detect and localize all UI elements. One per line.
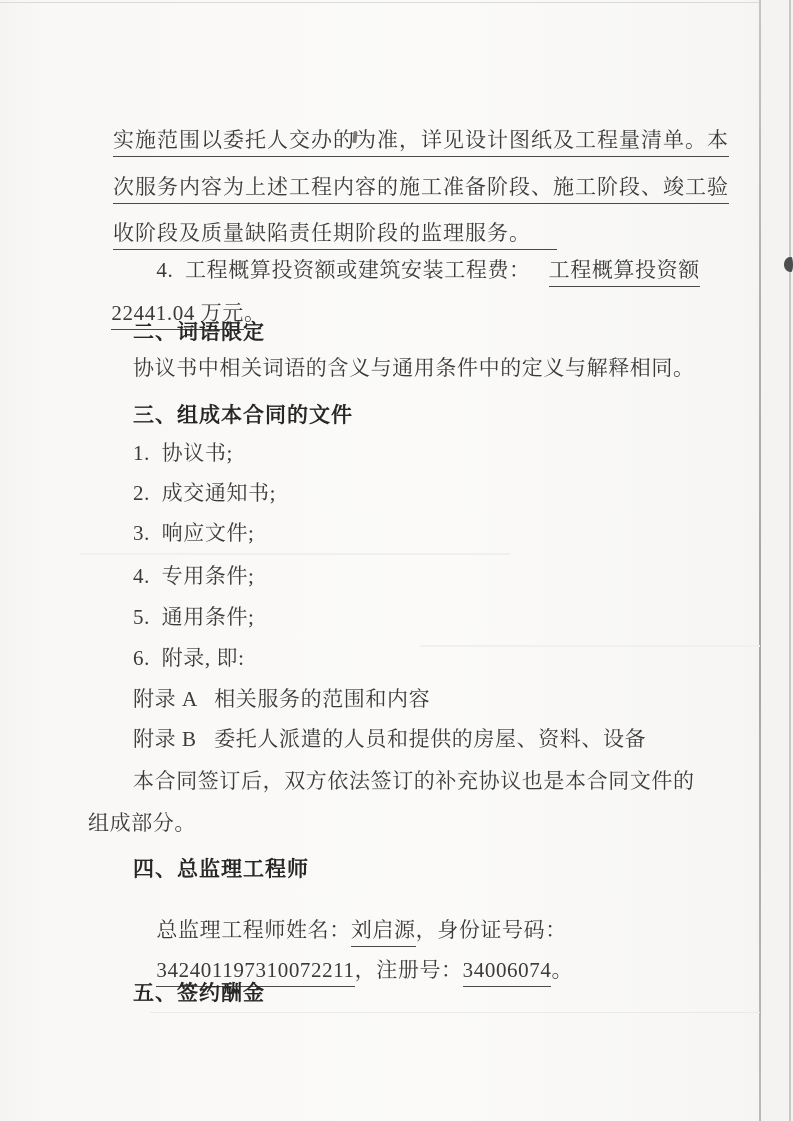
scanned-contract-page: 实施范围以委托人交办的为准，详见设计图纸及工程量清单。本 次服务内容为上述工程内… [0,0,793,1121]
scan-top-edge-line [0,2,793,3]
document-list-item-2: 2. 成交通知书; [133,481,276,506]
document-list-item-1: 1. 协议书; [133,441,233,466]
section3-heading: 三、组成本合同的文件 [133,403,353,428]
document-list-item-3: 3. 响应文件; [133,521,254,546]
appendix-b-line: 附录 B 委托人派遣的人员和提供的房屋、资料、设备 [133,727,646,752]
page-fold-line [759,0,761,1121]
scan-smudge [80,553,510,555]
document-list-item-5: 5. 通用条件; [133,605,254,630]
document-list-item-6: 6. 附录, 即: [133,646,245,671]
scan-smudge [420,645,760,647]
section5-heading: 五、签约酬金 [133,981,265,1006]
supplement-line-2: 组成部分。 [88,811,196,836]
section2-body: 协议书中相关词语的含义与通用条件中的定义与解释相同。 [133,356,695,381]
registration-label: ，注册号： [355,958,463,982]
appendix-a-line: 附录 A 相关服务的范围和内容 [133,687,430,712]
item4-value-underlined: 工程概算投资额 [549,258,700,287]
section2-heading: 二、词语限定 [133,320,265,345]
document-list-item-4: 4. 专用条件; [133,564,254,589]
ink-blob-mark [784,257,793,272]
registration-number-underlined: 34006074 [463,958,552,987]
section4-heading: 四、总监理工程师 [133,857,309,882]
supplement-line-1: 本合同签订后，双方依法签订的补充协议也是本合同文件的 [133,769,695,794]
id-line-period: 。 [551,958,573,982]
page-right-edge-line [789,0,791,1121]
